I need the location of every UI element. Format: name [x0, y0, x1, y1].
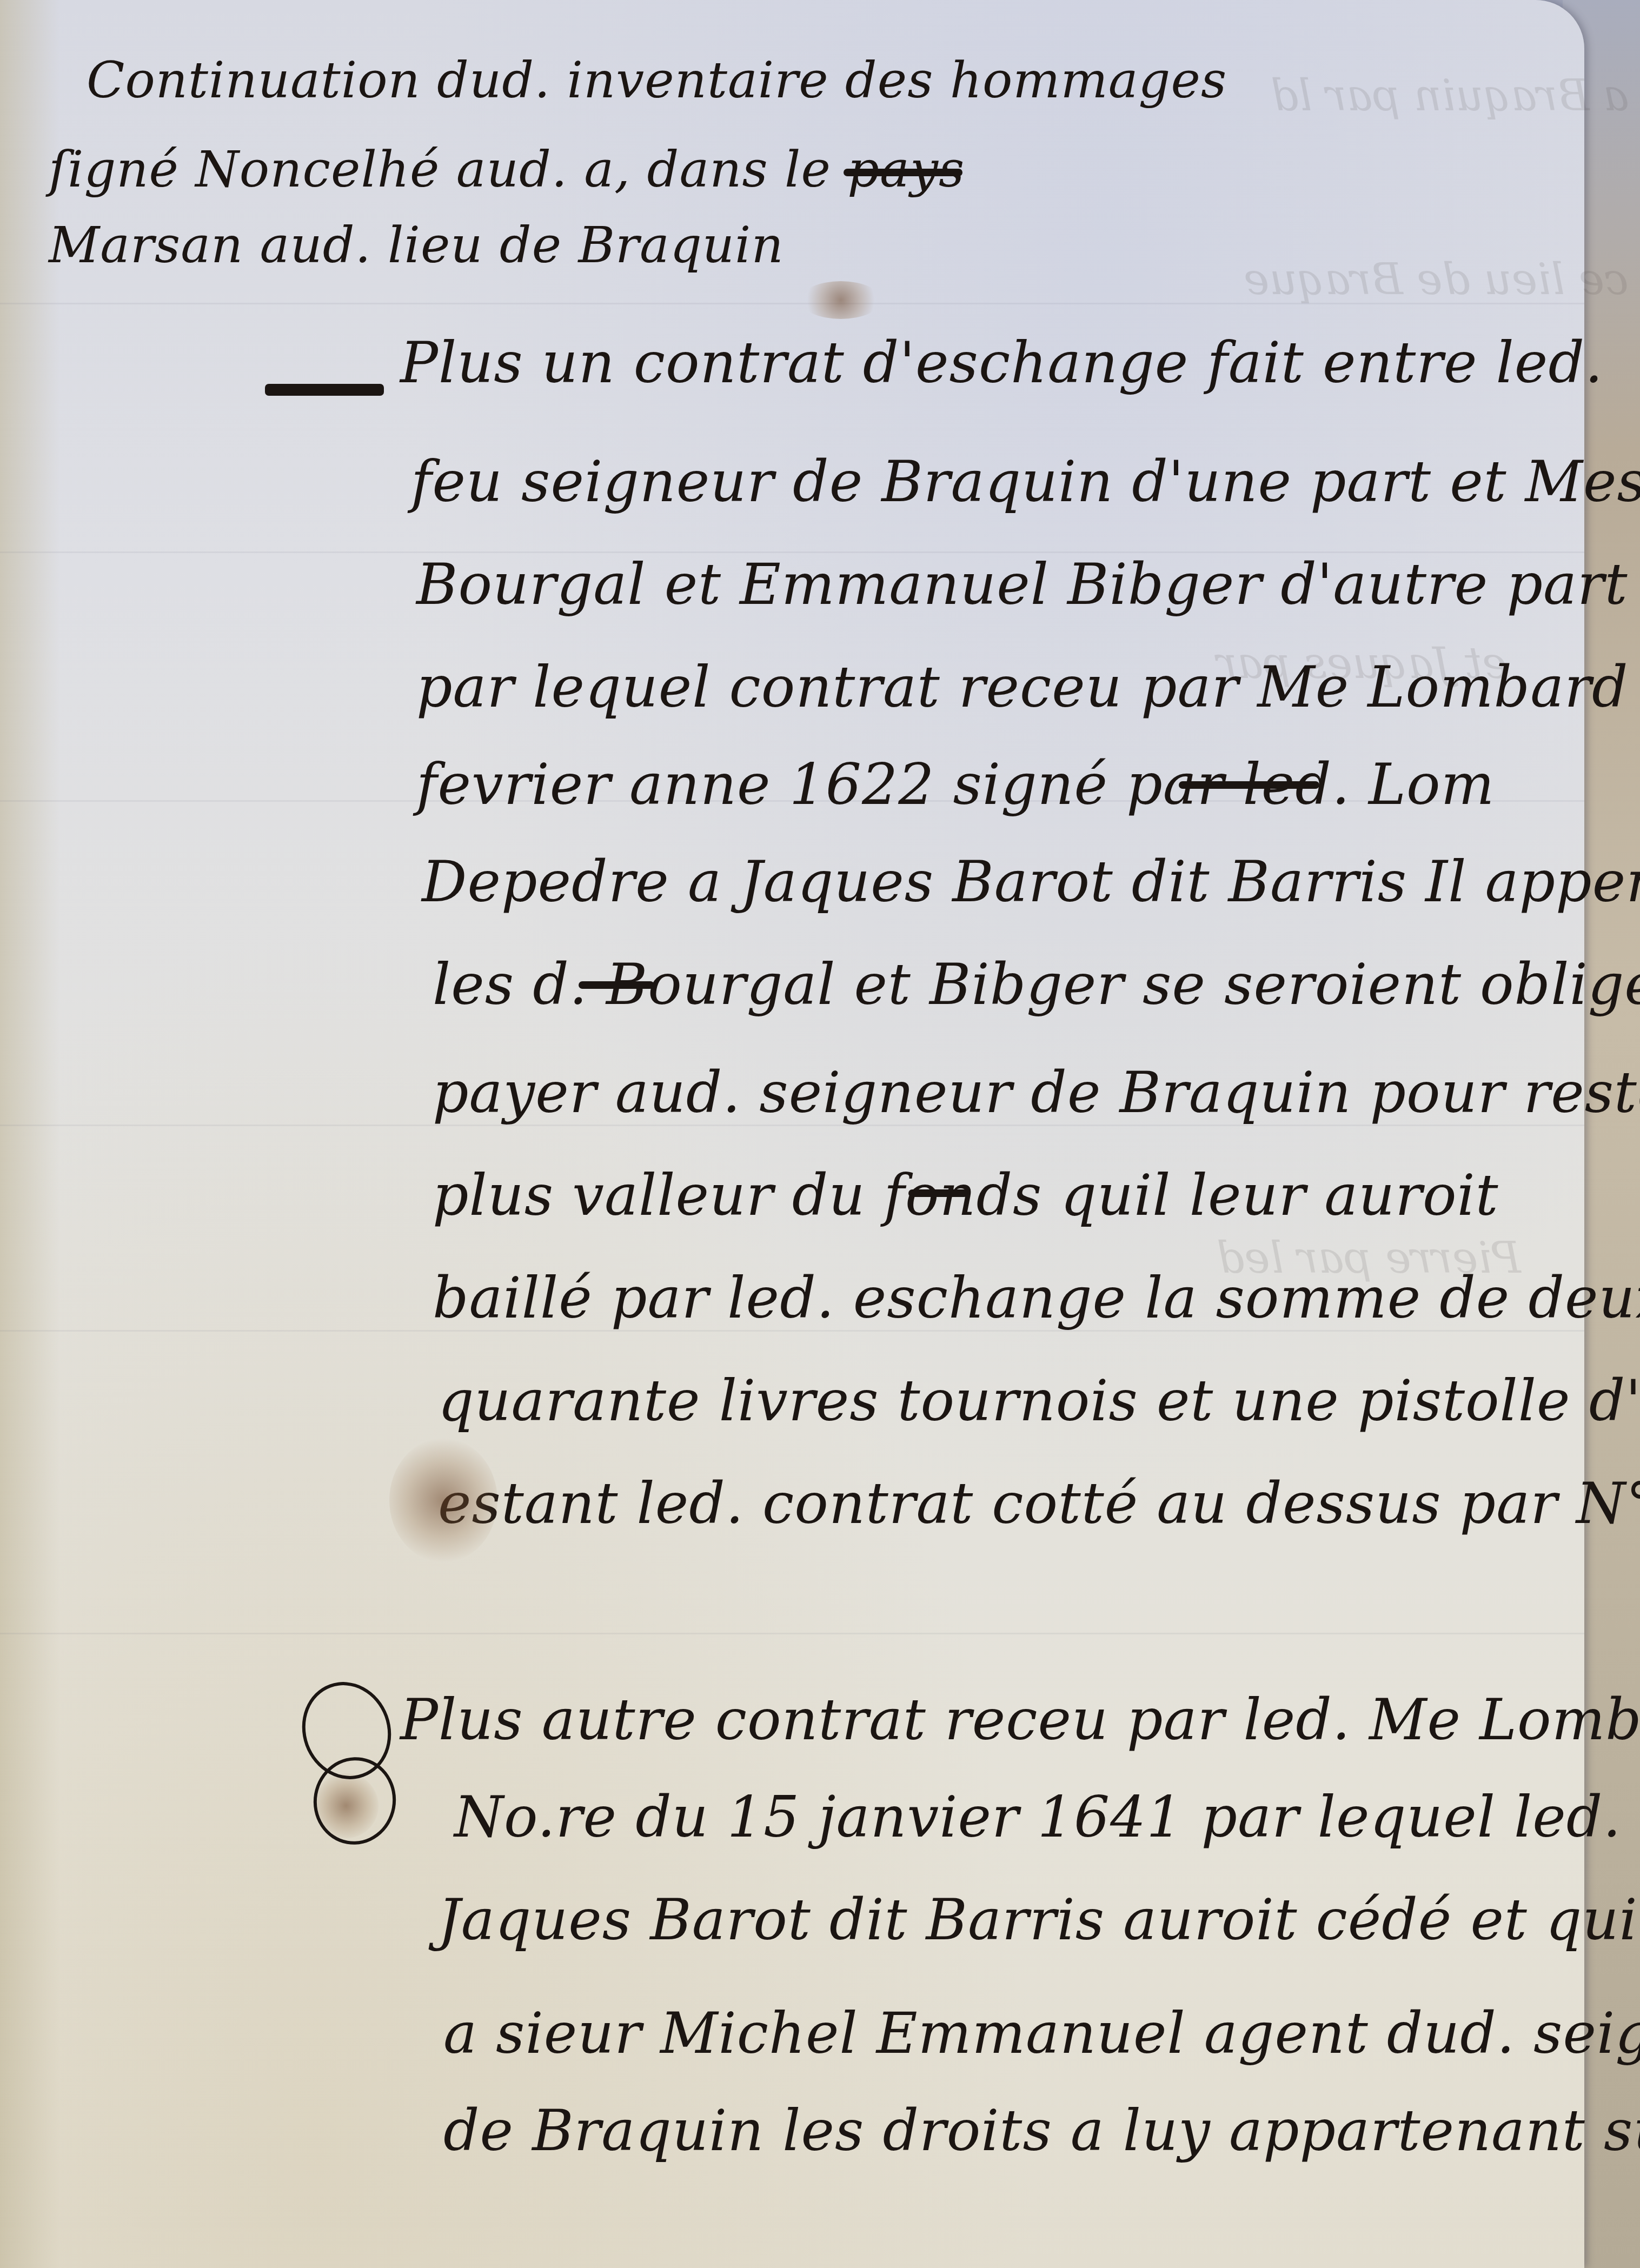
paragraph-1-line-12: estant led. contrat cotté au dessus par …	[438, 1471, 1640, 1537]
paragraph-1-line-1: Plus un contrat d'eschange fait entre le…	[400, 330, 1603, 396]
paragraph-mark	[265, 384, 384, 396]
heading-line-3: Marsan aud. lieu de Braquin	[49, 216, 784, 274]
ink-stain	[800, 281, 881, 319]
bleed-through-text: a Braquin par ld	[1271, 70, 1629, 121]
paragraph-2-line-1: Plus autre contrat receu par led. Me Lom…	[400, 1687, 1640, 1753]
paragraph-1-line-2: feu seigneur de Braquin d'une part et Me…	[411, 449, 1640, 515]
struck-out-word	[1179, 781, 1319, 789]
paragraph-1-line-3: Bourgal et Emmanuel Bibger d'autre part …	[416, 551, 1640, 617]
paragraph-2-line-4: a sieur Michel Emmanuel agent dud. seign…	[443, 2000, 1640, 2066]
paragraph-2-line-3: Jaques Barot dit Barris auroit cédé et q…	[438, 1887, 1640, 1953]
paragraph-1-line-4: par lequel contrat receu par Me Lombard …	[416, 654, 1640, 720]
paragraph-2-line-2: No.re du 15 janvier 1641 par lequel led.…	[454, 1784, 1640, 1850]
heading-line-1: Continuation dud. inventaire des hommage…	[87, 51, 1227, 109]
struck-out-word	[908, 1189, 968, 1197]
paragraph-1-line-10: baillé par led. eschange la somme de deu…	[433, 1265, 1640, 1331]
paper-ruling	[0, 1633, 1584, 1634]
ink-stain	[389, 1438, 497, 1562]
struck-out-word	[579, 981, 654, 989]
paragraph-1-line-5: fevrier anne 1622 signé par led. Lom	[416, 751, 1495, 817]
binding-edge	[0, 0, 59, 2268]
paragraph-1-line-11: quarante livres tournois et une pistolle…	[438, 1368, 1640, 1434]
bleed-through-text: de ce lieu de Braque	[1244, 254, 1640, 304]
dash-flourish	[844, 169, 962, 176]
paragraph-1-line-6: Depedre a Jaques Barot dit Barris Il app…	[422, 849, 1640, 915]
heading-line-2: ſigné Noncelhé aud. a, dans le pays	[49, 141, 965, 198]
paragraph-2-line-5: de Braquin les droits a luy appartenant …	[443, 2098, 1640, 2164]
manuscript-page: a Braquin par ld de ce lieu de Braque et…	[0, 0, 1584, 2268]
paragraph-1-line-8: payer aud. seigneur de Braquin pour rest…	[433, 1060, 1640, 1126]
